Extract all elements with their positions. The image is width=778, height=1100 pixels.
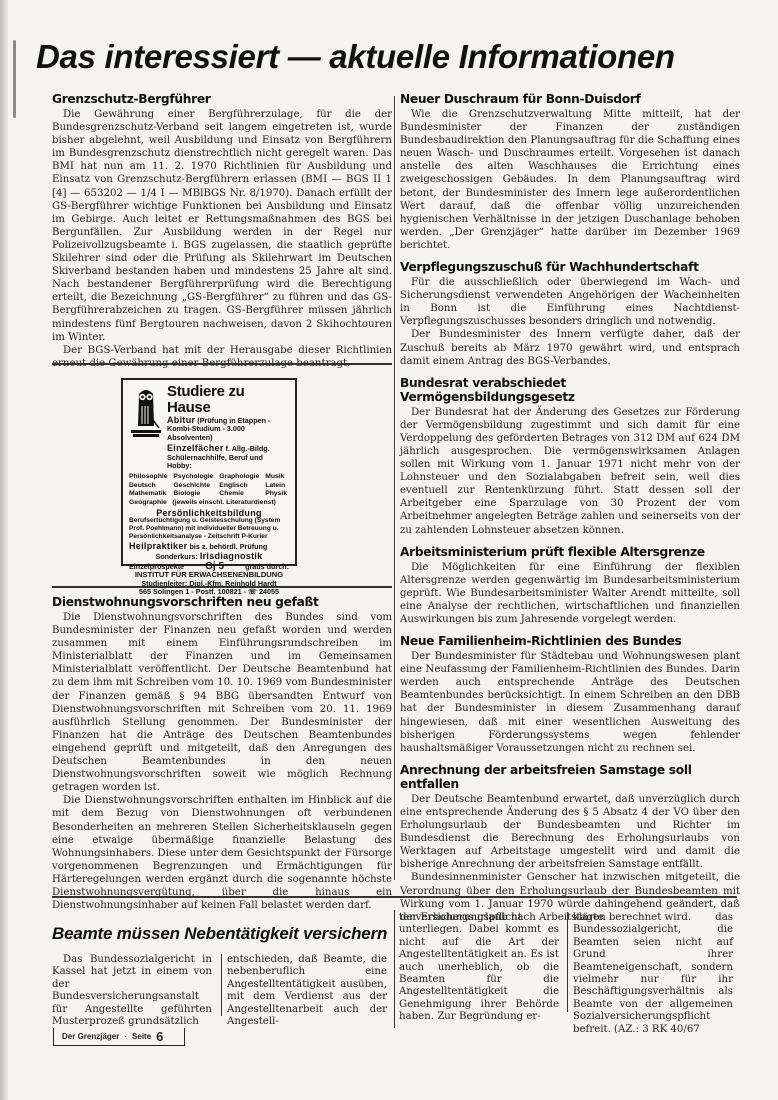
article-paragraph: tenversicherungspflicht unterliegen. Dab… (399, 912, 559, 1024)
divider-left-upper (52, 363, 392, 365)
ad-subject: Latein (265, 482, 289, 490)
article-dienstwohnungsvorschriften: Dienstwohnungsvorschriften neu gefaßt Di… (52, 595, 392, 912)
ad-sonder-label: Sonderkurs: (155, 552, 197, 561)
article-paragraph: Die Möglichkeiten für eine Einführung de… (400, 561, 740, 626)
article-title: Neuer Duschraum für Bonn-Duisdorf (400, 92, 740, 106)
article-paragraph: Die Gewährung einer Bergführerzulage, fü… (52, 108, 392, 344)
footer-page-label: Seite (132, 1032, 151, 1041)
article-paragraph: Wie die Grenzschutzverwaltung Mitte mitt… (400, 108, 740, 252)
bottom-column-divider-1 (221, 954, 222, 1016)
footer-page-number: 6 (156, 1029, 163, 1044)
page-masthead: Das interessiert — aktuelle Informatione… (36, 38, 736, 76)
article-duschraum: Neuer Duschraum für Bonn-Duisdorf Wie di… (400, 92, 740, 252)
ad-subject: Deutsch (129, 482, 169, 490)
ad-heil-label: Heilpraktiker (129, 541, 187, 551)
owl-icon (129, 384, 163, 438)
article-altersgrenze: Arbeitsministerium prüft flexible Alters… (400, 545, 740, 626)
article-grenzschutz-bergfuehrer: Grenzschutz-Bergführer Die Gewährung ein… (52, 92, 392, 370)
bottom-column-divider-3 (567, 912, 568, 1012)
ad-subject: Graphologie (219, 473, 261, 481)
ad-subject: Musik (265, 473, 289, 481)
footer-publication: Der Grenzjäger (62, 1032, 119, 1041)
article-paragraph: Der Bundesminister für Städtebau und Woh… (400, 650, 740, 755)
article-title: Bundesrat verabschiedet Vermögensbildung… (400, 376, 740, 404)
bottom-article-col-3: tenversicherungspflicht unterliegen. Dab… (399, 912, 559, 1024)
article-paragraph: Der Bundesminister des Innern verfügte d… (400, 328, 740, 367)
left-column: Grenzschutz-Bergführer Die Gewährung ein… (52, 92, 392, 378)
ad-subject: Geschichte (173, 482, 215, 490)
footer-separator: · (124, 1032, 127, 1041)
article-title: Neue Familienheim-Richtlinien des Bundes (400, 634, 740, 648)
divider-left-lower (52, 586, 392, 588)
ad-persoenlich-text: Berufsertüchtigung u. Geistesschulung (S… (129, 517, 289, 540)
ad-subject: Mathematik (129, 490, 169, 498)
article-paragraph: Der Bundesrat hat der Änderung des Geset… (400, 406, 740, 537)
article-paragraph: Die Dienstwohnungsvorschriften enthalten… (52, 794, 392, 912)
article-paragraph: Der BGS-Verband hat mit der Herausgabe d… (52, 344, 392, 370)
article-title: Dienstwohnungsvorschriften neu gefaßt (52, 595, 392, 609)
article-paragraph: Die Dienstwohnungsvorschriften des Bunde… (52, 611, 392, 794)
bottom-article-col-2: entschieden, daß Beamte, die nebenberufl… (227, 954, 387, 1028)
advertisement-box: Studiere zu Hause Abitur (Prüfung in Eta… (121, 378, 297, 566)
bottom-article-col-4: klärte das Bundessozialgericht, die Beam… (573, 912, 733, 1036)
article-verpflegungszuschuss: Verpflegungszuschuß für Wachhundertschaf… (400, 260, 740, 368)
article-paragraph: klärte das Bundessozialgericht, die Beam… (573, 912, 733, 1036)
column-divider (394, 96, 395, 880)
article-paragraph: entschieden, daß Beamte, die nebenberufl… (227, 954, 387, 1028)
right-column: Neuer Duschraum für Bonn-Duisdorf Wie di… (400, 92, 740, 932)
ad-subjects-grid: Philosophie Psychologie Graphologie Musi… (129, 473, 289, 498)
article-title: Anrechnung der arbeitsfreien Samstage so… (400, 763, 740, 791)
ad-subject: Englisch (219, 482, 261, 490)
ad-subject: Chemie (219, 490, 261, 498)
article-title: Arbeitsministerium prüft flexible Alters… (400, 545, 740, 559)
bottom-article-title: Beamte müssen Nebentätigkeit versichern (52, 924, 392, 944)
ad-subject: Psychologie (173, 473, 215, 481)
bottom-article-col-1: Das Bundessozialgericht in Kassel hat je… (52, 954, 212, 1028)
article-samstage: Anrechnung der arbeitsfreien Samstage so… (400, 763, 740, 924)
ad-subject: Biologie (173, 490, 215, 498)
ad-persoenlich-label: Persönlichkeitsbildung (129, 509, 289, 517)
binding-mark (13, 40, 16, 118)
page-footer: Der Grenzjäger · Seite 6 (53, 1028, 185, 1046)
article-paragraph: Für die ausschließlich oder überwiegend … (400, 276, 740, 328)
ad-title: Studiere zu Hause (167, 384, 289, 416)
divider-bottom-section (52, 896, 737, 898)
article-familienheim: Neue Familienheim-Richtlinien des Bundes… (400, 634, 740, 755)
article-title: Grenzschutz-Bergführer (52, 92, 392, 106)
bottom-column-divider-2 (394, 910, 395, 1028)
article-paragraph: Das Bundessozialgericht in Kassel hat je… (52, 954, 212, 1028)
ad-sonder-text: Irisdiagnostik (200, 551, 263, 561)
article-vermoegensbildung: Bundesrat verabschiedet Vermögensbildung… (400, 376, 740, 537)
ad-subject: Philosophie (129, 473, 169, 481)
article-title: Verpflegungszuschuß für Wachhundertschaf… (400, 260, 740, 274)
page-edge-shadow (0, 0, 8, 1100)
left-column-lower: Dienstwohnungsvorschriften neu gefaßt Di… (52, 595, 392, 920)
ad-subject: Physik (265, 490, 289, 498)
article-paragraph: Der Deutsche Beamtenbund erwartet, daß u… (400, 793, 740, 872)
ad-subjects-last: Geographie (jeweils einschl. Literaturdi… (129, 499, 289, 507)
